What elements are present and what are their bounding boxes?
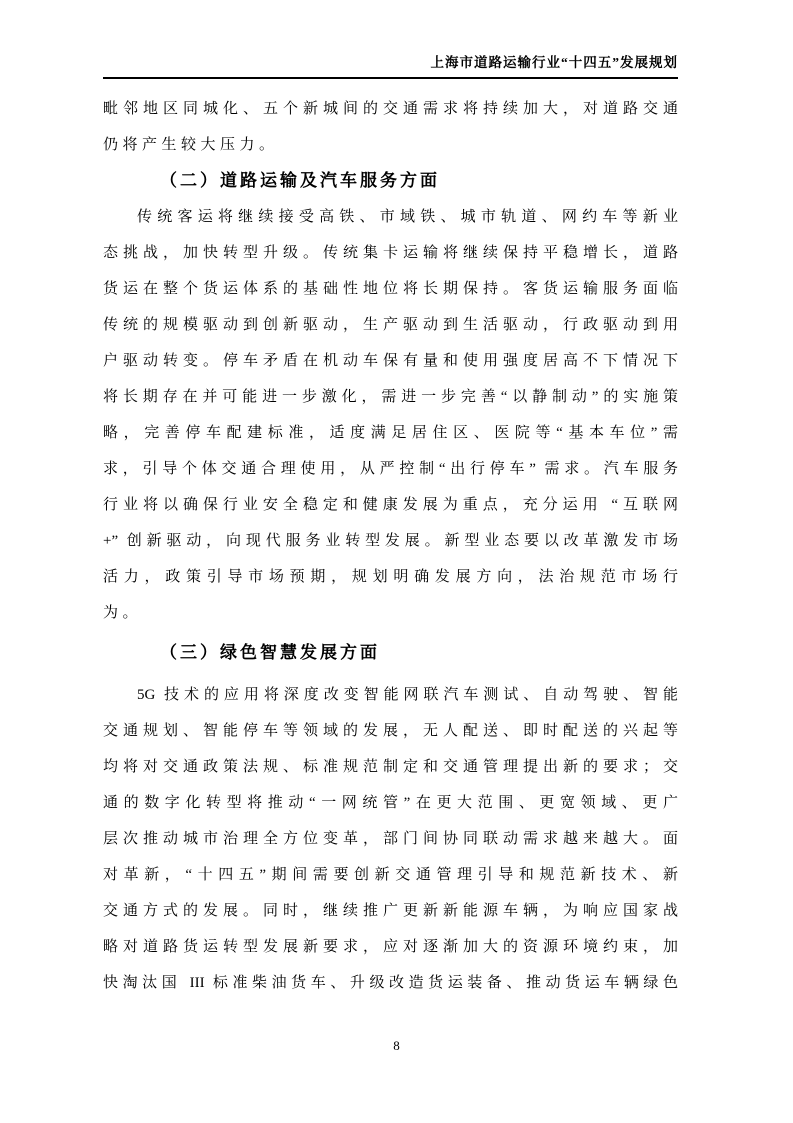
text-line: 为。	[103, 595, 678, 631]
text-line: 毗邻地区同城化、五个新城间的交通需求将持续加大，对道路交通	[103, 91, 678, 127]
section-heading: （三）绿色智慧发展方面	[103, 635, 678, 671]
text-line: 对革新，“十四五”期间需要创新交通管理引导和规范新技术、新	[103, 857, 678, 893]
text-line: 略对道路货运转型发展新要求，应对逐渐加大的资源环境约束，加	[103, 929, 678, 965]
text-line: 快淘汰国 III 标准柴油货车、升级改造货运装备、推动货运车辆绿色	[103, 965, 678, 1001]
page-footer: 8	[0, 1038, 793, 1054]
text-line: 均将对交通政策法规、标准规范制定和交通管理提出新的要求；交	[103, 749, 678, 785]
page-number: 8	[393, 1038, 400, 1053]
text-line: 行业将以确保行业安全稳定和健康发展为重点，充分运用 “互联网	[103, 487, 678, 523]
header-title: 上海市道路运输行业“十四五”发展规划	[103, 54, 678, 72]
text-line: 5G 技术的应用将深度改变智能网联汽车测试、自动驾驶、智能	[103, 677, 678, 713]
document-page: 上海市道路运输行业“十四五”发展规划 毗邻地区同城化、五个新城间的交通需求将持续…	[0, 0, 793, 1123]
document-body: 毗邻地区同城化、五个新城间的交通需求将持续加大，对道路交通 仍将产生较大压力。 …	[103, 91, 678, 1001]
text-line: 将长期存在并可能进一步激化，需进一步完善“以静制动”的实施策	[103, 379, 678, 415]
text-line: 仍将产生较大压力。	[103, 127, 678, 163]
text-line: 层次推动城市治理全方位变革，部门间协同联动需求越来越大。面	[103, 821, 678, 857]
text-line: +” 创新驱动，向现代服务业转型发展。新型业态要以改革激发市场	[103, 523, 678, 559]
text-line: 求，引导个体交通合理使用，从严控制“出行停车” 需求。汽车服务	[103, 451, 678, 487]
header-rule	[103, 77, 678, 79]
text-line: 传统客运将继续接受高铁、市域铁、城市轨道、网约车等新业	[103, 199, 678, 235]
text-line: 通的数字化转型将推动“一网统管”在更大范围、更宽领域、更广	[103, 785, 678, 821]
text-line: 交通规划、智能停车等领域的发展，无人配送、即时配送的兴起等	[103, 713, 678, 749]
text-line: 交通方式的发展。同时，继续推广更新新能源车辆，为响应国家战	[103, 893, 678, 929]
text-line: 略，完善停车配建标准，适度满足居住区、医院等“基本车位”需	[103, 415, 678, 451]
text-line: 货运在整个货运体系的基础性地位将长期保持。客货运输服务面临	[103, 271, 678, 307]
section-heading: （二）道路运输及汽车服务方面	[103, 163, 678, 199]
text-line: 态挑战，加快转型升级。传统集卡运输将继续保持平稳增长，道路	[103, 235, 678, 271]
text-line: 户驱动转变。停车矛盾在机动车保有量和使用强度居高不下情况下	[103, 343, 678, 379]
text-line: 活力，政策引导市场预期，规划明确发展方向，法治规范市场行	[103, 559, 678, 595]
text-line: 传统的规模驱动到创新驱动，生产驱动到生活驱动，行政驱动到用	[103, 307, 678, 343]
